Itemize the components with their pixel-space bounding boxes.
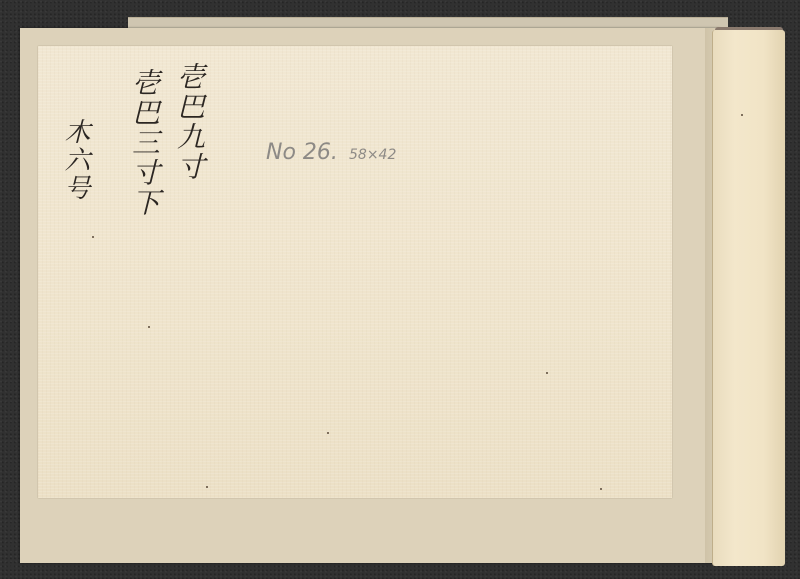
pencil-note-number: No 26. — [266, 140, 338, 165]
inscription-column-3: 木六号 — [62, 118, 88, 202]
inscription-column-1: 壱巴九寸 — [175, 62, 203, 182]
inscription-column-2: 壱巴三寸下 — [130, 68, 158, 218]
pencil-note-dimensions: 58×42 — [349, 147, 396, 163]
ink-speck — [92, 236, 94, 238]
scroll-roller — [712, 30, 785, 566]
ink-speck — [148, 326, 150, 328]
ink-speck — [600, 488, 602, 490]
ink-speck — [206, 486, 208, 488]
ink-speck — [327, 432, 329, 434]
ink-speck — [546, 372, 548, 374]
ink-speck — [741, 114, 743, 116]
pencil-note: No 26. 58×42 — [266, 140, 396, 165]
